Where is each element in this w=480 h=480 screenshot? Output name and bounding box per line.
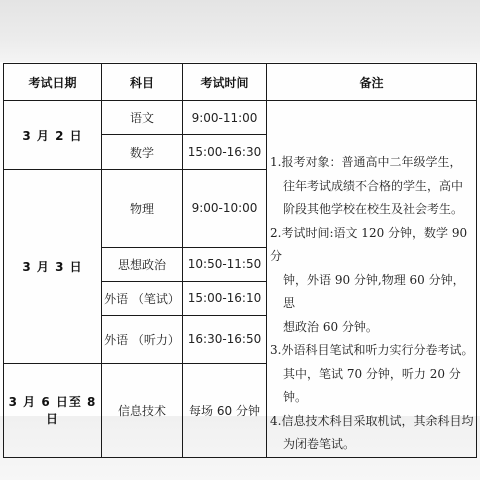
subject-cell: 信息技术 <box>102 363 183 457</box>
exam-date-cell: 3 月 6 日至 8 日 <box>4 363 102 457</box>
time-cell: 10:50-11:50 <box>183 247 267 281</box>
subject-cell: 物理 <box>102 170 183 248</box>
subject-cell: 语文 <box>102 101 183 135</box>
header-notes: 备注 <box>267 64 477 101</box>
note-item: 4.信息技术科目采取机试，其余科目均 为闭卷笔试。 <box>270 410 474 457</box>
subject-cell: 数学 <box>102 135 183 170</box>
time-cell: 15:00-16:30 <box>183 135 267 170</box>
subject-cell: 思想政治 <box>102 247 183 281</box>
header-time: 考试时间 <box>183 64 267 101</box>
note-item: 2.考试时间:语文 120 分钟，数学 90 分 钟，外语 90 分钟,物理 6… <box>270 222 474 340</box>
time-cell: 16:30-16:50 <box>183 315 267 363</box>
time-cell: 每场 60 分钟 <box>183 363 267 457</box>
time-cell: 15:00-16:10 <box>183 281 267 315</box>
note-item: 3.外语科目笔试和听力实行分卷考试。 其中，笔试 70 分钟，听力 20 分钟。 <box>270 339 474 410</box>
note-item: 1.报考对象：普通高中二年级学生， 往年考试成绩不合格的学生，高中 阶段其他学校… <box>270 151 474 222</box>
subject-cell: 外语 （听力） <box>102 315 183 363</box>
subject-cell: 外语 （笔试） <box>102 281 183 315</box>
exam-date-cell: 3 月 2 日 <box>4 101 102 170</box>
header-date: 考试日期 <box>4 64 102 101</box>
exam-schedule-table: 考试日期 科目 考试时间 备注 3 月 2 日 语文 9:00-11:00 1.… <box>3 63 477 458</box>
header-subject: 科目 <box>102 64 183 101</box>
exam-date-cell: 3 月 3 日 <box>4 170 102 364</box>
time-cell: 9:00-10:00 <box>183 170 267 248</box>
table-row: 3 月 2 日 语文 9:00-11:00 1.报考对象：普通高中二年级学生， … <box>4 101 477 135</box>
header-row: 考试日期 科目 考试时间 备注 <box>4 64 477 101</box>
time-cell: 9:00-11:00 <box>183 101 267 135</box>
notes-cell: 1.报考对象：普通高中二年级学生， 往年考试成绩不合格的学生，高中 阶段其他学校… <box>267 101 477 458</box>
